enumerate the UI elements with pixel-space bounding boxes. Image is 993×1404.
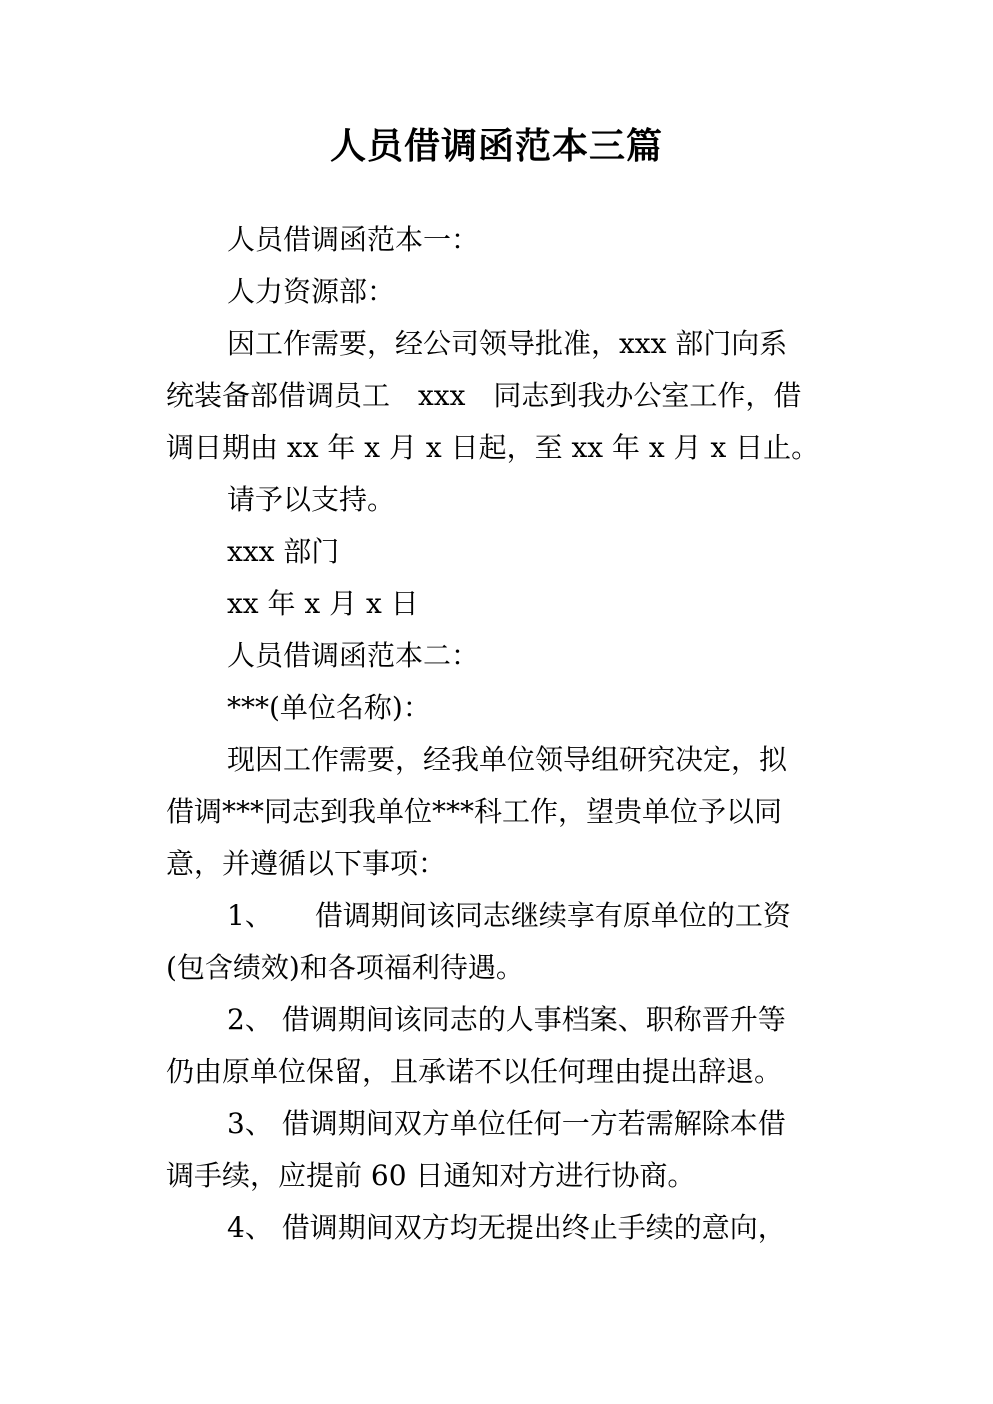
list-item-2: 2、 借调期间该同志的人事档案、职称晋升等 bbox=[166, 994, 828, 1046]
paragraph-line: 意，并遵循以下事项： bbox=[166, 838, 828, 890]
salutation-1: 人力资源部： bbox=[166, 266, 828, 318]
paragraph-line: 借调***同志到我单位***科工作，望贵单位予以同 bbox=[166, 786, 828, 838]
document-title: 人员借调函范本三篇 bbox=[0, 120, 993, 174]
list-item-3: 3、 借调期间双方单位任何一方若需解除本借 bbox=[166, 1098, 828, 1150]
closing-line: 请予以支持。 bbox=[166, 474, 828, 526]
paragraph-line: 调日期由 xx 年 x 月 x 日起，至 xx 年 x 月 x 日止。 bbox=[166, 422, 828, 474]
list-item-4: 4、 借调期间双方均无提出终止手续的意向， bbox=[166, 1202, 828, 1254]
paragraph-line: 统装备部借调员工 xxx 同志到我办公室工作，借 bbox=[166, 370, 828, 422]
list-item-3-cont: 调手续，应提前 60 日通知对方进行协商。 bbox=[166, 1150, 828, 1202]
section-heading-2: 人员借调函范本二： bbox=[166, 630, 828, 682]
document-page: 人员借调函范本三篇 人员借调函范本一： 人力资源部： 因工作需要，经公司领导批准… bbox=[0, 0, 993, 1404]
signature-department: xxx 部门 bbox=[166, 526, 828, 578]
list-item-2-cont: 仍由原单位保留，且承诺不以任何理由提出辞退。 bbox=[166, 1046, 828, 1098]
paragraph-line: 现因工作需要，经我单位领导组研究决定，拟 bbox=[166, 734, 828, 786]
list-item-1: 1、 借调期间该同志继续享有原单位的工资 bbox=[166, 890, 828, 942]
signature-date: xx 年 x 月 x 日 bbox=[166, 578, 828, 630]
salutation-2: ***(单位名称)： bbox=[166, 682, 828, 734]
list-item-1-cont: (包含绩效)和各项福利待遇。 bbox=[166, 942, 828, 994]
paragraph-line: 因工作需要，经公司领导批准，xxx 部门向系 bbox=[166, 318, 828, 370]
document-body: 人员借调函范本一： 人力资源部： 因工作需要，经公司领导批准，xxx 部门向系 … bbox=[166, 214, 828, 1254]
section-heading-1: 人员借调函范本一： bbox=[166, 214, 828, 266]
